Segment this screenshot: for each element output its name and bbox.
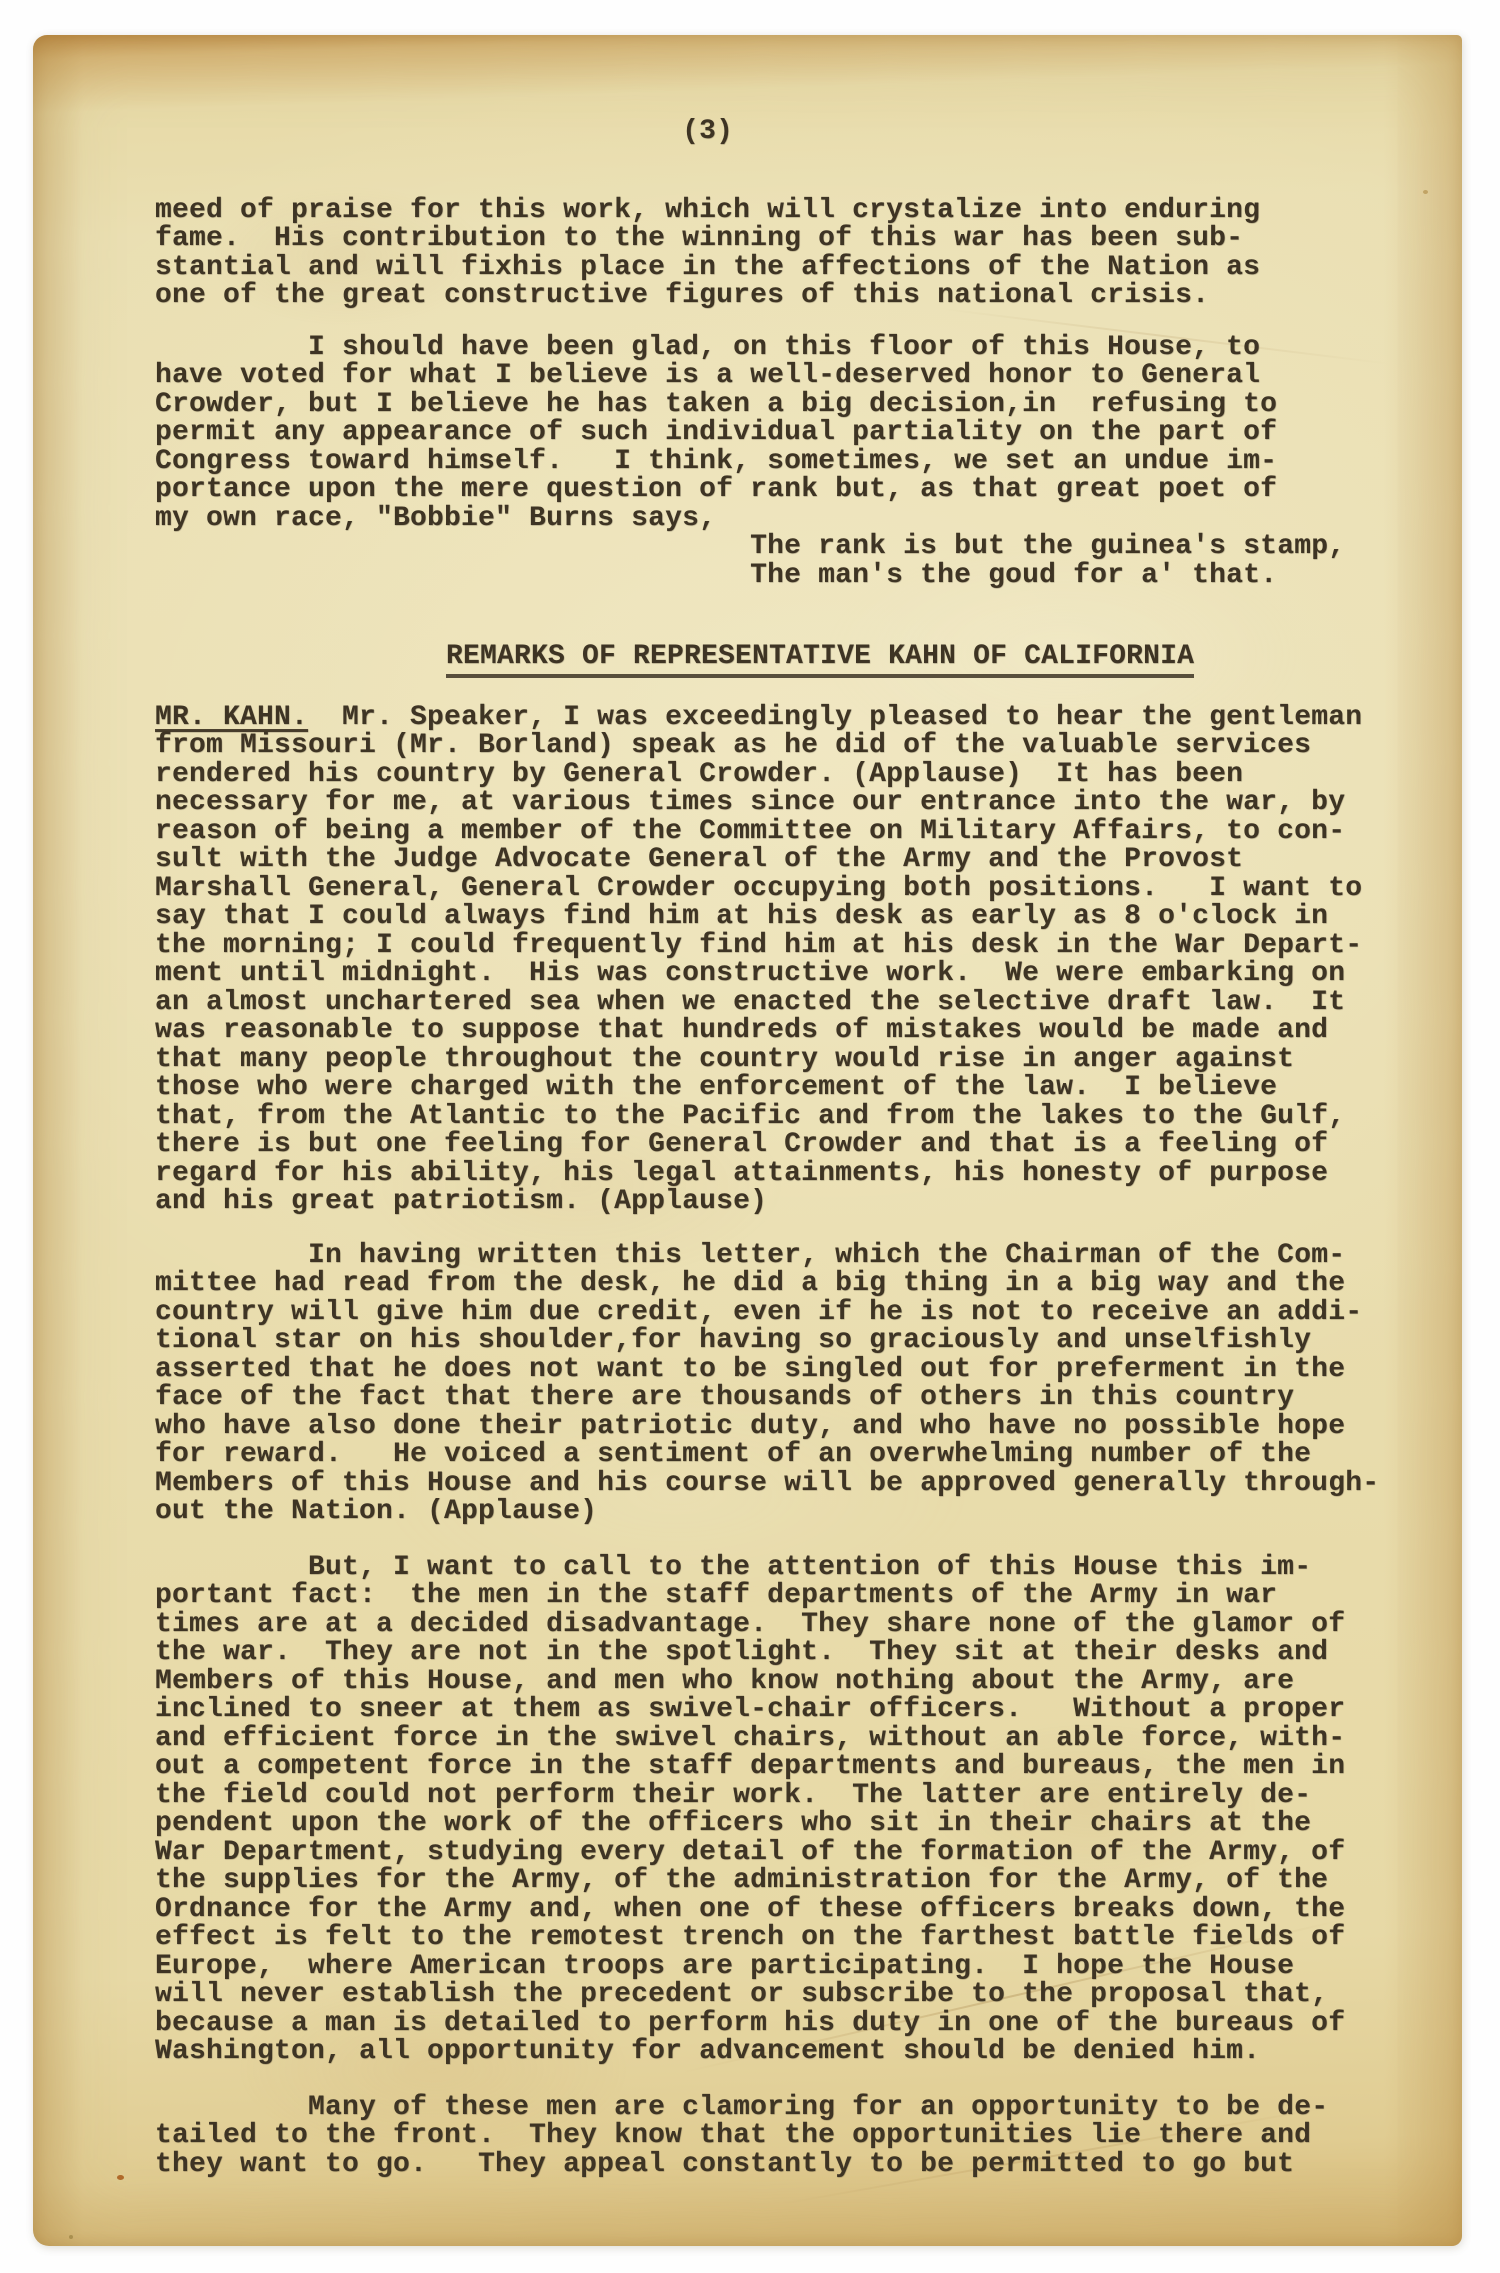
paper-stain-speck [69,2235,73,2239]
paragraph-letter-credit: In having written this letter, which the… [155,1242,1422,1527]
speaker-name: MR. KAHN. [155,702,308,733]
paragraph-tribute-with-burns-quote: I should have been glad, on this floor o… [155,334,1422,591]
document-page: (3) meed of praise for this work, which … [33,35,1462,2246]
section-heading: REMARKS OF REPRESENTATIVE KAHN OF CALIFO… [446,643,1194,678]
page-number: (3) [155,118,1422,147]
paragraph-staff-departments: But, I want to call to the attention of … [155,1554,1422,2067]
section-heading-row: REMARKS OF REPRESENTATIVE KAHN OF CALIFO… [155,643,1422,678]
paragraph-kahn-speech: MR. KAHN. Mr. Speaker, I was exceedingly… [155,704,1422,1217]
kahn-speech-text: Mr. Speaker, I was exceedingly pleased t… [155,702,1362,1218]
scan-background: (3) meed of praise for this work, which … [0,0,1500,2273]
typewritten-content: (3) meed of praise for this work, which … [33,35,1462,2179]
paragraph-continuation: meed of praise for this work, which will… [155,197,1422,311]
paragraph-clamoring-for-front: Many of these men are clamoring for an o… [155,2094,1422,2180]
